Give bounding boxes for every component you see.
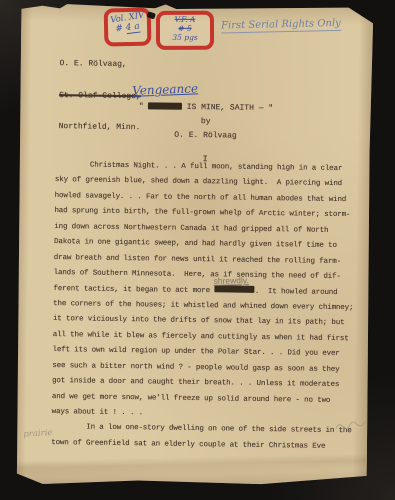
manuscript-page: O. E. Rölvaag, St. Olaf College, Northfi…: [15, 2, 374, 491]
typed-text: ": [139, 102, 149, 111]
handwritten-title-correction: Vengeance: [132, 81, 198, 98]
handwritten-word-correction: shrewdly.: [213, 275, 248, 286]
typed-text: ferent tactics, it began to act more: [53, 285, 214, 295]
serial-rights-note: First Serial Rights Only: [221, 18, 341, 34]
pencil-margin-note: prairie: [23, 428, 53, 440]
address-line-1: O. E. Rölvaag,: [59, 59, 141, 71]
typed-line: town of Greenfield sat an elderly couple…: [51, 436, 361, 456]
manuscript-body: Christmas Night. . . A full moon, standi…: [51, 158, 365, 456]
pages-annotation-box: V.F. A # 5 35 pgs: [156, 11, 214, 50]
struck-catalog-code: V.F. A: [160, 15, 210, 24]
struck-item-number: # 5: [160, 24, 210, 33]
blotted-word: [148, 102, 182, 109]
volume-annotation-box: Vol. XIV # 4 a: [104, 8, 152, 47]
page-count-note: 35 pgs: [160, 33, 210, 42]
typed-text: IS MINE, SAITH — ": [182, 103, 273, 113]
item-number-value: 4 a: [125, 22, 140, 35]
typed-text: . It howled around: [255, 287, 338, 296]
blotted-word: [214, 285, 255, 293]
